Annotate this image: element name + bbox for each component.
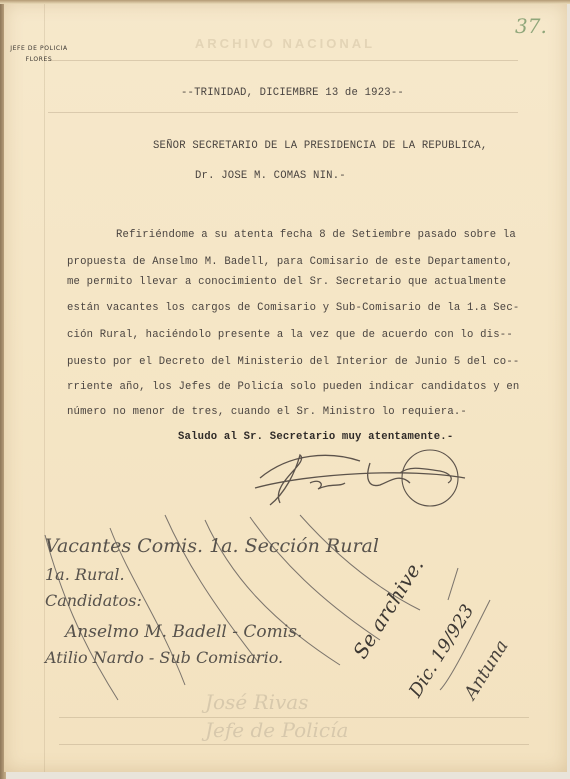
handwritten-note-line: Anselmo M. Badell - Comis. [65,622,302,642]
handwritten-note-line: Vacantes Comis. 1a. Sección Rural [45,535,379,557]
handwritten-note-line: 1a. Rural. [45,565,125,584]
handwritten-note-line: Candidatos: [45,591,142,610]
bleedthrough-text: Jefe de Policía [205,718,348,742]
handwritten-note-line: Atilio Nardo - Sub Comisario. [45,648,283,667]
bleedthrough-text: José Rivas [205,690,308,714]
